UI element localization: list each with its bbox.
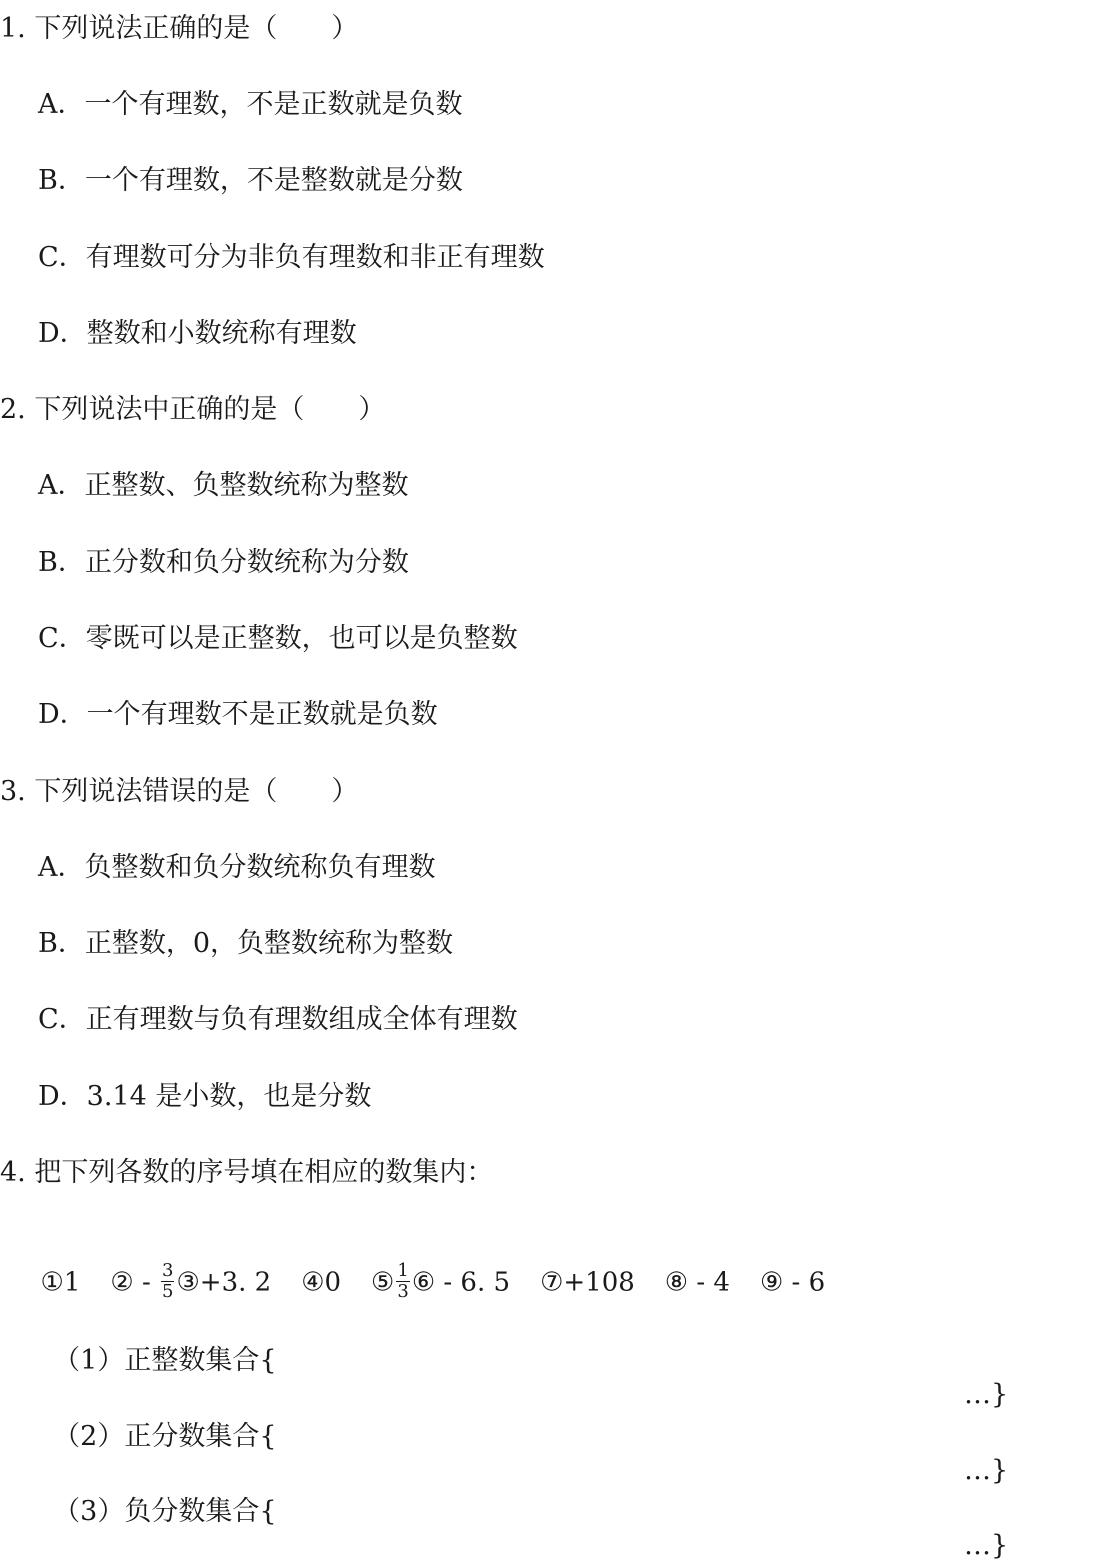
question-3-option-b: B．正整数，0，负整数统称为整数 — [38, 927, 453, 961]
number-list: ①1② - 35③+3. 2④0⑤13⑥ - 6. 5⑦+108⑧ - 4⑨ -… — [24, 1229, 825, 1304]
number-1: ①1 — [41, 1268, 81, 1298]
number-6: ⑥ - 6. 5 — [412, 1268, 510, 1298]
number-3: ③+3. 2 — [176, 1268, 271, 1298]
question-3-stem: 3. 下列说法错误的是（ ） — [0, 775, 358, 809]
set-label: （1）正整数集合{ — [53, 1345, 276, 1376]
set-close: …} — [964, 1529, 1008, 1559]
question-1-option-a: A．一个有理数，不是正数就是负数 — [38, 88, 463, 122]
question-1-stem: 1. 下列说法正确的是（ ） — [0, 12, 358, 46]
question-1-option-b: B．一个有理数，不是整数就是分数 — [38, 164, 463, 198]
set-close: …} — [964, 1454, 1008, 1488]
number-7: ⑦+108 — [540, 1268, 635, 1298]
set-negative-fractions: （3）负分数集合{ …} — [36, 1461, 277, 1559]
number-8: ⑧ - 4 — [665, 1268, 730, 1298]
fraction-3-5: 35 — [161, 1261, 174, 1302]
question-1-option-c: C．有理数可分为非负有理数和非正有理数 — [38, 241, 545, 275]
question-2-option-b: B．正分数和负分数统称为分数 — [38, 546, 409, 580]
question-2-option-c: C．零既可以是正整数，也可以是负整数 — [38, 622, 518, 656]
number-9: ⑨ - 6 — [760, 1268, 825, 1298]
question-3-option-d: D．3.14 是小数，也是分数 — [38, 1080, 371, 1114]
set-close: …} — [964, 1378, 1008, 1412]
question-2-stem: 2. 下列说法中正确的是（ ） — [0, 393, 385, 427]
question-2-option-a: A．正整数、负整数统称为整数 — [38, 469, 409, 503]
set-label: （2）正分数集合{ — [53, 1421, 276, 1452]
set-label: （3）负分数集合{ — [53, 1496, 276, 1527]
fraction-1-3: 13 — [396, 1261, 409, 1302]
question-4-stem: 4. 把下列各数的序号填在相应的数集内： — [0, 1156, 493, 1190]
question-3-option-c: C．正有理数与负有理数组成全体有理数 — [38, 1003, 518, 1037]
number-2-sign: ② - — [110, 1268, 159, 1298]
number-4: ④0 — [301, 1268, 341, 1298]
question-1-option-d: D．整数和小数统称有理数 — [38, 317, 357, 351]
question-2-option-d: D．一个有理数不是正数就是负数 — [38, 698, 438, 732]
question-3-option-a: A．负整数和负分数统称负有理数 — [38, 851, 436, 885]
number-5-label: ⑤ — [371, 1268, 394, 1298]
